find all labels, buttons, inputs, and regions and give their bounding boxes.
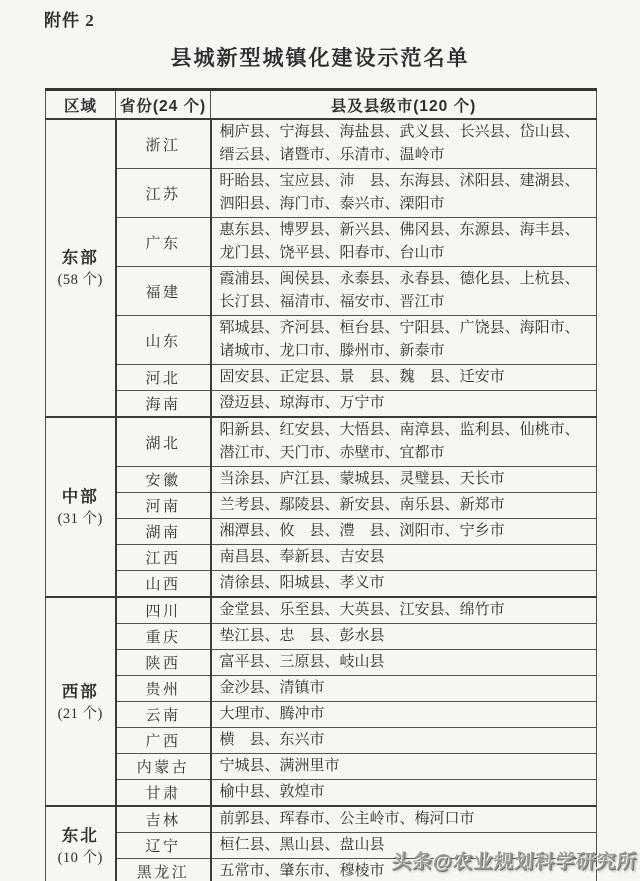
- county-item: 敦煌市: [280, 784, 325, 800]
- county-item: 建湖县、: [520, 173, 580, 189]
- table-row: 安徽当涂县、庐江县、蒙城县、灵璧县、天长市: [46, 467, 597, 493]
- county-item: 乐清市、: [340, 147, 400, 163]
- province-cell: 广西: [116, 728, 211, 754]
- county-item: 满洲里市: [280, 758, 340, 774]
- county-item: 阳城县、: [280, 575, 340, 591]
- counties-cell: 金堂县、乐至县、大英县、江安县、绵竹市: [211, 597, 597, 624]
- county-item: 桓仁县、: [220, 837, 280, 853]
- county-item: 南乐县、: [400, 497, 460, 513]
- region-name: 东北: [46, 824, 115, 848]
- county-item: 桓台县、: [340, 320, 400, 336]
- county-item: 乐至县、: [280, 602, 340, 618]
- province-cell: 内蒙古: [116, 754, 211, 780]
- province-cell: 湖南: [116, 519, 211, 545]
- province-cell: 海南: [116, 391, 211, 418]
- county-item: 海丰县、: [520, 222, 580, 238]
- attachment-label: 附件 2: [44, 6, 95, 31]
- county-item: 东源县、: [460, 222, 520, 238]
- counties-cell: 当涂县、庐江县、蒙城县、灵璧县、天长市: [211, 467, 597, 493]
- counties-cell: 霞浦县、闽侯县、永泰县、永春县、德化县、上杭县、长汀县、福清市、福安市、晋江市: [211, 267, 597, 316]
- province-cell: 黑龙江: [116, 859, 211, 881]
- county-item: 赤壁市、: [340, 445, 400, 461]
- county-item: 阳新县、: [220, 422, 280, 438]
- counties-cell: 澄迈县、琼海市、万宁市: [211, 391, 597, 418]
- table-row: 海南澄迈县、琼海市、万宁市: [46, 391, 597, 418]
- region-name: 东部: [46, 246, 115, 270]
- counties-cell: 阳新县、红安县、大悟县、南漳县、监利县、仙桃市、潜江市、天门市、赤壁市、宜都市: [211, 417, 597, 467]
- region-cell: 东北(10 个): [46, 806, 116, 881]
- table-row: 广西横 县、东兴市: [46, 728, 597, 754]
- header-counties: 县及县级市(120 个): [211, 90, 597, 120]
- county-item: 公主岭市、: [340, 811, 415, 827]
- county-item: 龙口市、: [280, 343, 340, 359]
- county-item: 绵竹市: [460, 602, 505, 618]
- county-item: 穆棱市: [340, 863, 385, 879]
- counties-cell: 清徐县、阳城县、孝义市: [211, 571, 597, 598]
- county-item: 兰考县、: [220, 497, 280, 513]
- county-item: 永泰县、: [340, 271, 400, 287]
- province-cell: 山西: [116, 571, 211, 598]
- county-item: 东兴市: [280, 732, 325, 748]
- county-item: 天长市: [460, 471, 505, 487]
- county-item: 盘山县: [340, 837, 385, 853]
- table-row: 东部(58 个)浙江桐庐县、宁海县、海盐县、武义县、长兴县、岱山县、缙云县、诸暨…: [46, 119, 597, 169]
- counties-cell: 横 县、东兴市: [211, 728, 597, 754]
- county-item: 大英县、: [340, 602, 400, 618]
- province-cell: 江西: [116, 545, 211, 571]
- counties-cell: 前郭县、珲春市、公主岭市、梅河口市: [211, 806, 597, 833]
- county-item: 珲春市、: [280, 811, 340, 827]
- header-row: 区域 省份(24 个) 县及县级市(120 个): [46, 90, 597, 120]
- county-item: 腾冲市: [280, 706, 325, 722]
- province-cell: 福建: [116, 267, 211, 316]
- table-row: 湖南湘潭县、攸 县、澧 县、浏阳市、宁乡市: [46, 519, 597, 545]
- counties-cell: 大理市、腾冲市: [211, 702, 597, 728]
- county-item: 新兴县、: [340, 222, 400, 238]
- county-item: 溧阳市: [400, 196, 445, 212]
- county-item: 梅河口市: [415, 811, 475, 827]
- table-row: 山西清徐县、阳城县、孝义市: [46, 571, 597, 598]
- county-item: 攸 县、: [280, 523, 340, 539]
- county-item: 武义县、: [400, 124, 460, 140]
- county-item: 清镇市: [280, 680, 325, 696]
- county-item: 五常市、: [220, 863, 280, 879]
- region-count: (31 个): [46, 509, 115, 529]
- counties-cell: 惠东县、博罗县、新兴县、佛冈县、东源县、海丰县、龙门县、饶平县、阳春市、台山市: [211, 218, 597, 267]
- table-row: 河南兰考县、鄢陵县、新安县、南乐县、新郑市: [46, 493, 597, 519]
- county-item: 海阳市、: [520, 320, 580, 336]
- region-cell: 西部(21 个): [46, 597, 116, 806]
- table-row: 广东惠东县、博罗县、新兴县、佛冈县、东源县、海丰县、龙门县、饶平县、阳春市、台山…: [46, 218, 597, 267]
- county-item: 晋江市: [400, 294, 445, 310]
- county-item: 宁乡市: [460, 523, 505, 539]
- county-item: 宁城县、: [220, 758, 280, 774]
- province-cell: 河南: [116, 493, 211, 519]
- table-header: 区域 省份(24 个) 县及县级市(120 个): [46, 90, 597, 120]
- county-item: 宜都市: [400, 445, 445, 461]
- county-item: 红安县、: [280, 422, 340, 438]
- county-item: 肇东市、: [280, 863, 340, 879]
- county-item: 前郭县、: [220, 811, 280, 827]
- watermark: 头条@农业规划科学研究所: [392, 846, 639, 874]
- table-row: 贵州金沙县、清镇市: [46, 676, 597, 702]
- table-row: 重庆垫江县、忠 县、彭水县: [46, 624, 597, 650]
- province-cell: 广东: [116, 218, 211, 267]
- counties-cell: 兰考县、鄢陵县、新安县、南乐县、新郑市: [211, 493, 597, 519]
- county-item: 永春县、: [400, 271, 460, 287]
- header-province: 省份(24 个): [116, 90, 211, 120]
- county-item: 霞浦县、: [220, 271, 280, 287]
- county-item: 琼海市、: [280, 395, 340, 411]
- counties-cell: 桐庐县、宁海县、海盐县、武义县、长兴县、岱山县、缙云县、诸暨市、乐清市、温岭市: [211, 119, 597, 169]
- county-item: 阳春市、: [340, 245, 400, 261]
- counties-cell: 金沙县、清镇市: [211, 676, 597, 702]
- county-item: 天门市、: [280, 445, 340, 461]
- counties-cell: 榆中县、敦煌市: [211, 780, 597, 807]
- province-cell: 河北: [116, 365, 211, 391]
- county-item: 东海县、: [400, 173, 460, 189]
- county-item: 仙桃市、: [520, 422, 580, 438]
- county-item: 庐江县、: [280, 471, 340, 487]
- table-row: 甘肃榆中县、敦煌市: [46, 780, 597, 807]
- table-row: 山东郓城县、齐河县、桓台县、宁阳县、广饶县、海阳市、诸城市、龙口市、滕州市、新泰…: [46, 316, 597, 365]
- county-item: 江安县、: [400, 602, 460, 618]
- county-item: 潜江市、: [220, 445, 280, 461]
- table-row: 江西南昌县、奉新县、吉安县: [46, 545, 597, 571]
- county-item: 正定县、: [280, 369, 340, 385]
- county-item: 闽侯县、: [280, 271, 340, 287]
- counties-cell: 南昌县、奉新县、吉安县: [211, 545, 597, 571]
- county-item: 三原县、: [280, 654, 340, 670]
- province-cell: 吉林: [116, 806, 211, 833]
- table-row: 中部(31 个)湖北阳新县、红安县、大悟县、南漳县、监利县、仙桃市、潜江市、天门…: [46, 417, 597, 467]
- county-item: 南漳县、: [400, 422, 460, 438]
- county-item: 盱眙县、: [220, 173, 280, 189]
- region-cell: 中部(31 个): [46, 417, 116, 597]
- county-item: 博罗县、: [280, 222, 340, 238]
- county-item: 沛 县、: [340, 173, 400, 189]
- table-row: 福建霞浦县、闽侯县、永泰县、永春县、德化县、上杭县、长汀县、福清市、福安市、晋江…: [46, 267, 597, 316]
- county-item: 景 县、: [340, 369, 400, 385]
- region-count: (21 个): [46, 704, 115, 724]
- county-item: 宝应县、: [280, 173, 340, 189]
- county-item: 固安县、: [220, 369, 280, 385]
- county-item: 桐庐县、: [220, 124, 280, 140]
- county-item: 大悟县、: [340, 422, 400, 438]
- counties-cell: 湘潭县、攸 县、澧 县、浏阳市、宁乡市: [211, 519, 597, 545]
- county-item: 德化县、: [460, 271, 520, 287]
- county-item: 监利县、: [460, 422, 520, 438]
- county-item: 温岭市: [400, 147, 445, 163]
- county-item: 泰兴市、: [340, 196, 400, 212]
- province-cell: 江苏: [116, 169, 211, 218]
- county-item: 齐河县、: [280, 320, 340, 336]
- county-item: 奉新县、: [280, 549, 340, 565]
- county-item: 金沙县、: [220, 680, 280, 696]
- county-item: 佛冈县、: [400, 222, 460, 238]
- counties-cell: 富平县、三原县、岐山县: [211, 650, 597, 676]
- county-item: 海门市、: [280, 196, 340, 212]
- county-item: 榆中县、: [220, 784, 280, 800]
- province-cell: 山东: [116, 316, 211, 365]
- counties-cell: 盱眙县、宝应县、沛 县、东海县、沭阳县、建湖县、泗阳县、海门市、泰兴市、溧阳市: [211, 169, 597, 218]
- county-item: 福安市、: [340, 294, 400, 310]
- county-item: 泗阳县、: [220, 196, 280, 212]
- county-item: 台山市: [400, 245, 445, 261]
- county-item: 上杭县、: [520, 271, 580, 287]
- province-cell: 云南: [116, 702, 211, 728]
- county-item: 富平县、: [220, 654, 280, 670]
- county-item: 忠 县、: [280, 628, 340, 644]
- county-item: 横 县、: [220, 732, 280, 748]
- region-name: 中部: [46, 485, 115, 509]
- demonstration-list-table: 区域 省份(24 个) 县及县级市(120 个) 东部(58 个)浙江桐庐县、宁…: [45, 88, 597, 881]
- county-item: 万宁市: [340, 395, 385, 411]
- table-row: 西部(21 个)四川金堂县、乐至县、大英县、江安县、绵竹市: [46, 597, 597, 624]
- county-item: 南昌县、: [220, 549, 280, 565]
- table-body: 东部(58 个)浙江桐庐县、宁海县、海盐县、武义县、长兴县、岱山县、缙云县、诸暨…: [46, 119, 597, 881]
- county-item: 彭水县: [340, 628, 385, 644]
- county-item: 黑山县、: [280, 837, 340, 853]
- county-item: 魏 县、: [400, 369, 460, 385]
- county-item: 郓城县、: [220, 320, 280, 336]
- county-item: 饶平县、: [280, 245, 340, 261]
- county-item: 长兴县、: [460, 124, 520, 140]
- header-region: 区域: [46, 90, 116, 120]
- document-page: 附件 2 县城新型城镇化建设示范名单 区域 省份(24 个) 县及县级市(120…: [0, 0, 640, 881]
- county-item: 缙云县、: [220, 147, 280, 163]
- county-item: 大理市、: [220, 706, 280, 722]
- province-cell: 陕西: [116, 650, 211, 676]
- province-cell: 辽宁: [116, 833, 211, 859]
- province-cell: 安徽: [116, 467, 211, 493]
- county-item: 新泰市: [400, 343, 445, 359]
- counties-cell: 郓城县、齐河县、桓台县、宁阳县、广饶县、海阳市、诸城市、龙口市、滕州市、新泰市: [211, 316, 597, 365]
- province-cell: 浙江: [116, 119, 211, 169]
- county-item: 灵璧县、: [400, 471, 460, 487]
- county-item: 吉安县: [340, 549, 385, 565]
- counties-cell: 固安县、正定县、景 县、魏 县、迁安市: [211, 365, 597, 391]
- county-item: 岐山县: [340, 654, 385, 670]
- county-item: 湘潭县、: [220, 523, 280, 539]
- county-item: 澧 县、: [340, 523, 400, 539]
- region-count: (10 个): [46, 848, 115, 868]
- county-item: 金堂县、: [220, 602, 280, 618]
- county-item: 滕州市、: [340, 343, 400, 359]
- county-item: 蒙城县、: [340, 471, 400, 487]
- county-item: 垫江县、: [220, 628, 280, 644]
- table-row: 陕西富平县、三原县、岐山县: [46, 650, 597, 676]
- province-cell: 贵州: [116, 676, 211, 702]
- county-item: 诸城市、: [220, 343, 280, 359]
- table-row: 河北固安县、正定县、景 县、魏 县、迁安市: [46, 365, 597, 391]
- county-item: 岱山县、: [520, 124, 580, 140]
- counties-cell: 垫江县、忠 县、彭水县: [211, 624, 597, 650]
- county-item: 海盐县、: [340, 124, 400, 140]
- county-item: 新郑市: [460, 497, 505, 513]
- province-cell: 重庆: [116, 624, 211, 650]
- county-item: 清徐县、: [220, 575, 280, 591]
- county-item: 孝义市: [340, 575, 385, 591]
- region-cell: 东部(58 个): [46, 119, 116, 417]
- county-item: 新安县、: [340, 497, 400, 513]
- county-item: 惠东县、: [220, 222, 280, 238]
- table-row: 东北(10 个)吉林前郭县、珲春市、公主岭市、梅河口市: [46, 806, 597, 833]
- county-item: 龙门县、: [220, 245, 280, 261]
- region-name: 西部: [46, 680, 115, 704]
- county-item: 鄢陵县、: [280, 497, 340, 513]
- province-cell: 甘肃: [116, 780, 211, 807]
- county-item: 澄迈县、: [220, 395, 280, 411]
- table-row: 内蒙古宁城县、满洲里市: [46, 754, 597, 780]
- province-cell: 湖北: [116, 417, 211, 467]
- county-item: 广饶县、: [460, 320, 520, 336]
- county-item: 长汀县、: [220, 294, 280, 310]
- table-row: 江苏盱眙县、宝应县、沛 县、东海县、沭阳县、建湖县、泗阳县、海门市、泰兴市、溧阳…: [46, 169, 597, 218]
- county-item: 沭阳县、: [460, 173, 520, 189]
- county-item: 宁阳县、: [400, 320, 460, 336]
- province-cell: 四川: [116, 597, 211, 624]
- county-item: 浏阳市、: [400, 523, 460, 539]
- county-item: 福清市、: [280, 294, 340, 310]
- county-item: 诸暨市、: [280, 147, 340, 163]
- county-item: 当涂县、: [220, 471, 280, 487]
- county-item: 迁安市: [460, 369, 505, 385]
- counties-cell: 宁城县、满洲里市: [211, 754, 597, 780]
- county-item: 宁海县、: [280, 124, 340, 140]
- table-row: 云南大理市、腾冲市: [46, 702, 597, 728]
- region-count: (58 个): [46, 270, 115, 290]
- page-title: 县城新型城镇化建设示范名单: [0, 42, 640, 72]
